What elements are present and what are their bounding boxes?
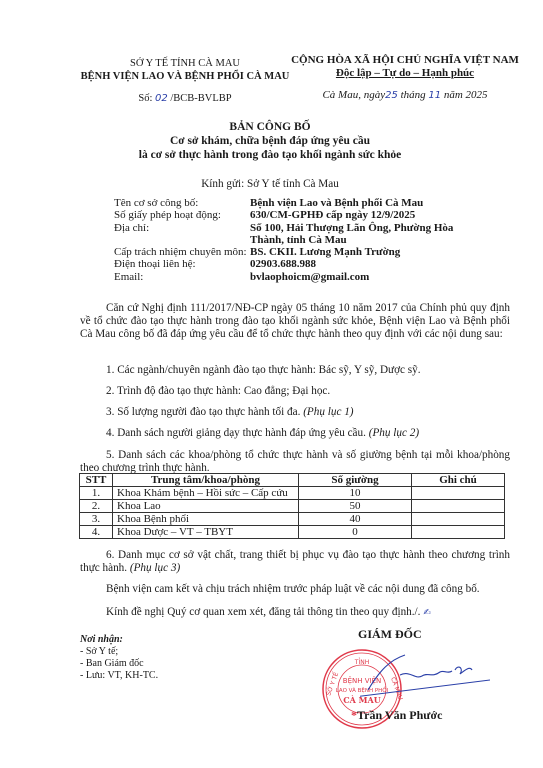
table-cell: 3. xyxy=(80,513,113,526)
motto: Độc lập – Tự do – Hạnh phúc xyxy=(270,67,540,80)
document-title: BẢN CÔNG BỐ Cơ sở khám, chữa bệnh đáp ứn… xyxy=(60,120,480,162)
info-label: Địa chỉ: xyxy=(114,222,250,247)
table-cell: 2. xyxy=(80,500,113,513)
table-row: 1.Khoa Khám bệnh – Hồi sức – Cấp cứu10 xyxy=(80,487,505,500)
signature-icon xyxy=(360,650,490,710)
info-row: Địa chỉ:Số 100, Hải Thượng Lãn Ông, Phườ… xyxy=(114,222,480,247)
table-cell xyxy=(412,526,505,539)
info-label: Cấp trách nhiệm chuyên môn: xyxy=(114,246,250,258)
recipients-title: Nơi nhận: xyxy=(80,634,158,646)
info-row: Tên cơ sở công bố:Bệnh viện Lao và Bệnh … xyxy=(114,197,480,209)
info-value: 630/CM-GPHĐ cấp ngày 12/9/2025 xyxy=(250,209,480,221)
content-item: 1. Các ngành/chuyên ngành đào tạo thực h… xyxy=(80,364,510,377)
doc-number: Số: 02 /BCB-BVLBP xyxy=(80,92,290,105)
table-cell: Khoa Lao xyxy=(113,500,299,513)
country-name: CỘNG HÒA XÃ HỘI CHỦ NGHĨA VIỆT NAM xyxy=(270,54,540,67)
signer-name: *Trần Văn Phước xyxy=(351,708,442,723)
info-row: Điện thoại liên hệ:02903.688.988 xyxy=(114,258,480,270)
item-6: 6. Danh mục cơ sở vật chất, trang thiết … xyxy=(80,549,510,575)
content-item: 2. Trình độ đào tạo thực hành: Cao đẳng;… xyxy=(80,385,510,398)
request: Kính đề nghị Quý cơ quan xem xét, đăng t… xyxy=(80,606,510,620)
table-cell: 10 xyxy=(299,487,412,500)
info-row: Số giấy phép hoạt động:630/CM-GPHĐ cấp n… xyxy=(114,209,480,221)
recipients-block: Nơi nhận: - Sở Y tế;- Ban Giám đốc- Lưu:… xyxy=(80,634,158,682)
recipient-item: - Ban Giám đốc xyxy=(80,658,158,670)
facility-info: Tên cơ sở công bố:Bệnh viện Lao và Bệnh … xyxy=(114,197,480,283)
table-cell xyxy=(412,500,505,513)
info-value: bvlaophoicm@gmail.com xyxy=(250,271,480,283)
issuer-block: SỞ Y TẾ TỈNH CÀ MAU BỆNH VIỆN LAO VÀ BỆN… xyxy=(80,57,290,105)
info-value: BS. CKII. Lương Mạnh Trường xyxy=(250,246,480,258)
table-cell: 0 xyxy=(299,526,412,539)
table-cell: 1. xyxy=(80,487,113,500)
table-cell: 4. xyxy=(80,526,113,539)
department-table: STTTrung tâm/khoa/phòngSố giườngGhi chú … xyxy=(79,473,505,539)
column-header: Số giường xyxy=(299,474,412,487)
table-cell: 40 xyxy=(299,513,412,526)
info-label: Tên cơ sở công bố: xyxy=(114,197,250,209)
addressee: Kính gửi: Sở Y tế tỉnh Cà Mau xyxy=(60,178,480,190)
info-value: Số 100, Hải Thượng Lãn Ông, Phường Hòa T… xyxy=(250,222,480,247)
info-value: Bệnh viện Lao và Bệnh phổi Cà Mau xyxy=(250,197,480,209)
national-motto-block: CỘNG HÒA XÃ HỘI CHỦ NGHĨA VIỆT NAM Độc l… xyxy=(270,54,540,102)
table-row: 3.Khoa Bệnh phổi40 xyxy=(80,513,505,526)
department-name: SỞ Y TẾ TỈNH CÀ MAU xyxy=(80,57,290,70)
table-cell: 50 xyxy=(299,500,412,513)
initial-signature: ✍ xyxy=(423,608,431,618)
column-header: STT xyxy=(80,474,113,487)
table-cell: Khoa Dược – VT – TBYT xyxy=(113,526,299,539)
table-cell xyxy=(412,513,505,526)
table-cell: Khoa Khám bệnh – Hồi sức – Cấp cứu xyxy=(113,487,299,500)
table-cell: Khoa Bệnh phổi xyxy=(113,513,299,526)
recipient-item: - Sở Y tế; xyxy=(80,646,158,658)
content-item: 3. Số lượng người đào tạo thực hành tối … xyxy=(80,406,510,419)
recipient-item: - Lưu: VT, KH-TC. xyxy=(80,670,158,682)
content-item: 4. Danh sách người giảng dạy thực hành đ… xyxy=(80,427,510,440)
table-row: 2.Khoa Lao50 xyxy=(80,500,505,513)
info-value: 02903.688.988 xyxy=(250,258,480,270)
content-item: 5. Danh sách các khoa/phòng tổ chức thực… xyxy=(80,449,510,475)
commitment: Bệnh viện cam kết và chịu trách nhiệm tr… xyxy=(80,583,510,596)
hospital-name: BỆNH VIỆN LAO VÀ BỆNH PHỔI CÀ MAU xyxy=(80,70,290,83)
table-row: 4.Khoa Dược – VT – TBYT0 xyxy=(80,526,505,539)
doc-number-handwritten: 02 xyxy=(155,93,168,104)
column-header: Ghi chú xyxy=(412,474,505,487)
info-label: Email: xyxy=(114,271,250,283)
issue-date: Cà Mau, ngày25 tháng 11 năm 2025 xyxy=(270,89,540,102)
document-page: SỞ Y TẾ TỈNH CÀ MAU BỆNH VIỆN LAO VÀ BỆN… xyxy=(0,0,543,768)
info-row: Email:bvlaophoicm@gmail.com xyxy=(114,271,480,283)
intro-paragraph: Căn cứ Nghị định 111/2017/NĐ-CP ngày 05 … xyxy=(80,302,510,341)
table-cell xyxy=(412,487,505,500)
column-header: Trung tâm/khoa/phòng xyxy=(113,474,299,487)
signer-title: GIÁM ĐỐC xyxy=(358,627,422,642)
info-label: Điện thoại liên hệ: xyxy=(114,258,250,270)
info-label: Số giấy phép hoạt động: xyxy=(114,209,250,221)
info-row: Cấp trách nhiệm chuyên môn:BS. CKII. Lươ… xyxy=(114,246,480,258)
